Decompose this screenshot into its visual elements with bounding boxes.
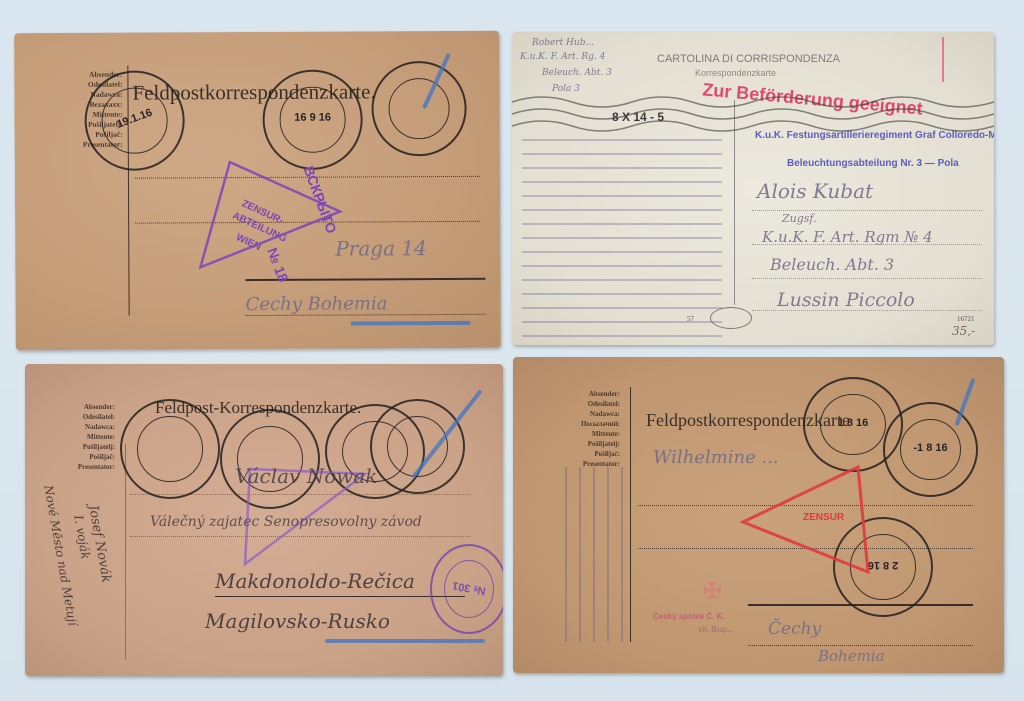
handwriting-sender: Beleuch. Abt. 3: [542, 68, 612, 78]
blue-pencil-mark: [351, 321, 471, 326]
printer-oval-stamp: [710, 307, 752, 329]
postcard-bottom-left: Absender:Odesilatel: Nadawca:Mittente: P…: [25, 364, 503, 676]
postmark: 19.1.16: [84, 70, 185, 171]
handwriting-dept: Beleuch. Abt. 3: [770, 255, 894, 274]
address-line: [752, 244, 982, 245]
handwritten-letter: [522, 127, 722, 337]
handwriting-country: Bohemia: [818, 647, 885, 665]
sender-labels: Absender:Odesilatel: Nadawca:Mittente: P…: [50, 402, 115, 472]
printed-title: CARTOLINA DI CORRISPONDENZA: [657, 53, 840, 65]
address-line: [748, 645, 973, 646]
address-line: [752, 210, 982, 211]
vertical-divider: [125, 444, 126, 659]
price-note: 35,-: [952, 324, 975, 338]
handwriting-rank: Zugsf.: [782, 212, 817, 225]
postcard-bottom-right: Absender:Odesilatel: Nadawca:Посылачий: …: [513, 357, 1004, 673]
postmark: [371, 61, 466, 156]
censor-round-stamp: № 301: [430, 544, 503, 634]
postmark: [370, 399, 465, 494]
handwriting-camp: Válečný zajatec Senopresovolny závod: [150, 514, 422, 530]
handwriting-place: Lussin Piccolo: [777, 289, 915, 311]
printer-mark: 16721: [957, 315, 975, 323]
handwriting-addressee: Alois Kubat: [757, 179, 873, 203]
red-cross-icon: ✠: [703, 579, 727, 603]
red-signature-mark: [942, 37, 984, 82]
postcard-top-right: CARTOLINA DI CORRISPONDENZA Korresponden…: [512, 32, 994, 345]
handwriting-sender: Robert Hub...: [532, 38, 594, 48]
address-line: [752, 310, 982, 311]
sender-labels: Absender:Odesilatel: Nadawca:Посылачий: …: [565, 389, 620, 469]
handwriting-city: Praga 14: [335, 236, 427, 260]
red-cross-stamp-text: Český spolek Č. K.: [653, 612, 725, 621]
handwriting-addressee: Václav Nowak: [235, 464, 377, 488]
postmark: -1 8 16: [883, 402, 978, 497]
handwriting-city: Makdonoldo-Rečica: [215, 569, 415, 593]
handwriting-country: Cechy Bohemia: [246, 293, 388, 315]
handwriting-country: Magilovsko-Rusko: [205, 609, 390, 633]
unit-stamp-line2: Beleuchtungsabteilung Nr. 3 — Pola: [787, 158, 959, 169]
vertical-divider: [630, 387, 631, 642]
blue-pencil-mark: [325, 639, 485, 643]
printed-subtitle: Korrespondenzkarte: [695, 68, 776, 78]
postcard-top-left: Absender:Odesilatel: Nadawca:Bezaxaxx: M…: [14, 31, 501, 351]
handwriting-addressee: Wilhelmine ...: [653, 447, 779, 468]
censor-text: ZENSUR: [803, 512, 844, 523]
postmark: [120, 399, 220, 499]
small-number: 57: [687, 315, 694, 323]
handwriting-country: Čechy: [768, 619, 821, 639]
handwriting-sender: K.u.K. F. Art. Rg. 4: [520, 52, 605, 62]
handwritten-sender-block: [553, 467, 623, 642]
red-cross-stamp-text: vil. Bup...: [698, 625, 734, 634]
address-line: [752, 278, 982, 279]
postmark: 16 9 16: [262, 69, 363, 170]
address-line: [215, 596, 465, 597]
handwriting-sender: Nové Město nad Metují: [41, 484, 80, 627]
